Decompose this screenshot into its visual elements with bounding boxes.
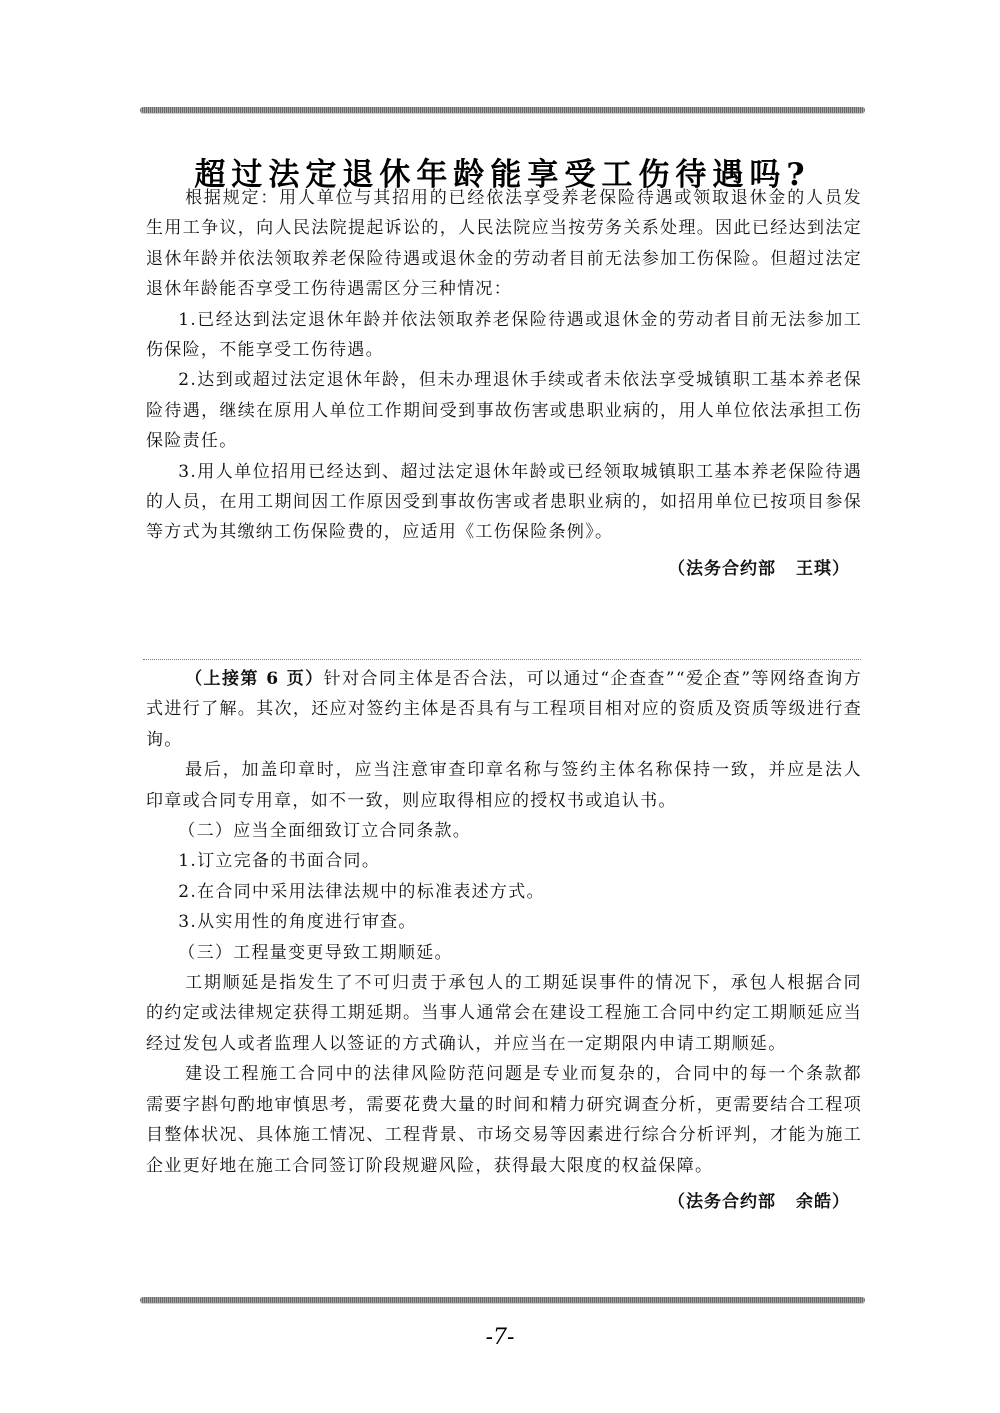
byline-department: （法务合约部 [668,559,776,579]
byline-author: 余皓） [796,1192,850,1212]
byline-author: 王琪） [796,559,850,579]
article-2-paragraph-conclusion: 建设工程施工合同中的法律风险防范问题是专业而复杂的，合同中的每一个条款都需要字斟… [146,1059,862,1181]
article-2-paragraph-extension: 工期顺延是指发生了不可归责于承包人的工期延误事件的情况下，承包人根据合同的约定或… [146,968,862,1059]
bottom-decorative-rule [140,1297,865,1303]
article-2-paragraph-continued: （上接第 6 页）针对合同主体是否合法，可以通过“企查查”“爱企查”等网络查询方… [146,664,862,755]
article-2-list-item-2: 2.在合同中采用法律法规中的标准表述方式。 [146,877,862,907]
article-1-case-2: 2.达到或超过法定退休年龄，但未办理退休手续或者未依法享受城镇职工基本养老保险待… [146,365,862,456]
article-2-subheading-2: （二）应当全面细致订立合同条款。 [146,816,862,846]
page-number: -7- [0,1325,1000,1350]
article-1-byline: （法务合约部王琪） [146,554,862,584]
continued-from-page-label: （上接第 6 页） [185,669,324,689]
article-1-intro-paragraph: 根据规定：用人单位与其招用的已经依法享受养老保险待遇或领取退休金的人员发生用工争… [146,183,862,305]
article-2-list-item-3: 3.从实用性的角度进行审查。 [146,907,862,937]
article-1-case-3: 3.用人单位招用已经达到、超过法定退休年龄或已经领取城镇职工基本养老保险待遇的人… [146,457,862,548]
article-1-body: 根据规定：用人单位与其招用的已经依法享受养老保险待遇或领取退休金的人员发生用工争… [146,183,862,584]
article-2-list-item-1: 1.订立完备的书面合同。 [146,846,862,876]
top-decorative-rule [140,107,865,113]
article-1-case-1: 1.已经达到法定退休年龄并依法领取养老保险待遇或退休金的劳动者目前无法参加工伤保… [146,305,862,366]
article-2-body: （上接第 6 页）针对合同主体是否合法，可以通过“企查查”“爱企查”等网络查询方… [146,664,862,1217]
article-2-subheading-3: （三）工程量变更导致工期顺延。 [146,938,862,968]
byline-department: （法务合约部 [668,1192,776,1212]
article-2-paragraph-seal: 最后，加盖印章时，应当注意审查印章名称与签约主体名称保持一致，并应是法人印章或合… [146,755,862,816]
section-divider [143,659,861,660]
article-2-byline: （法务合约部余皓） [146,1187,862,1217]
